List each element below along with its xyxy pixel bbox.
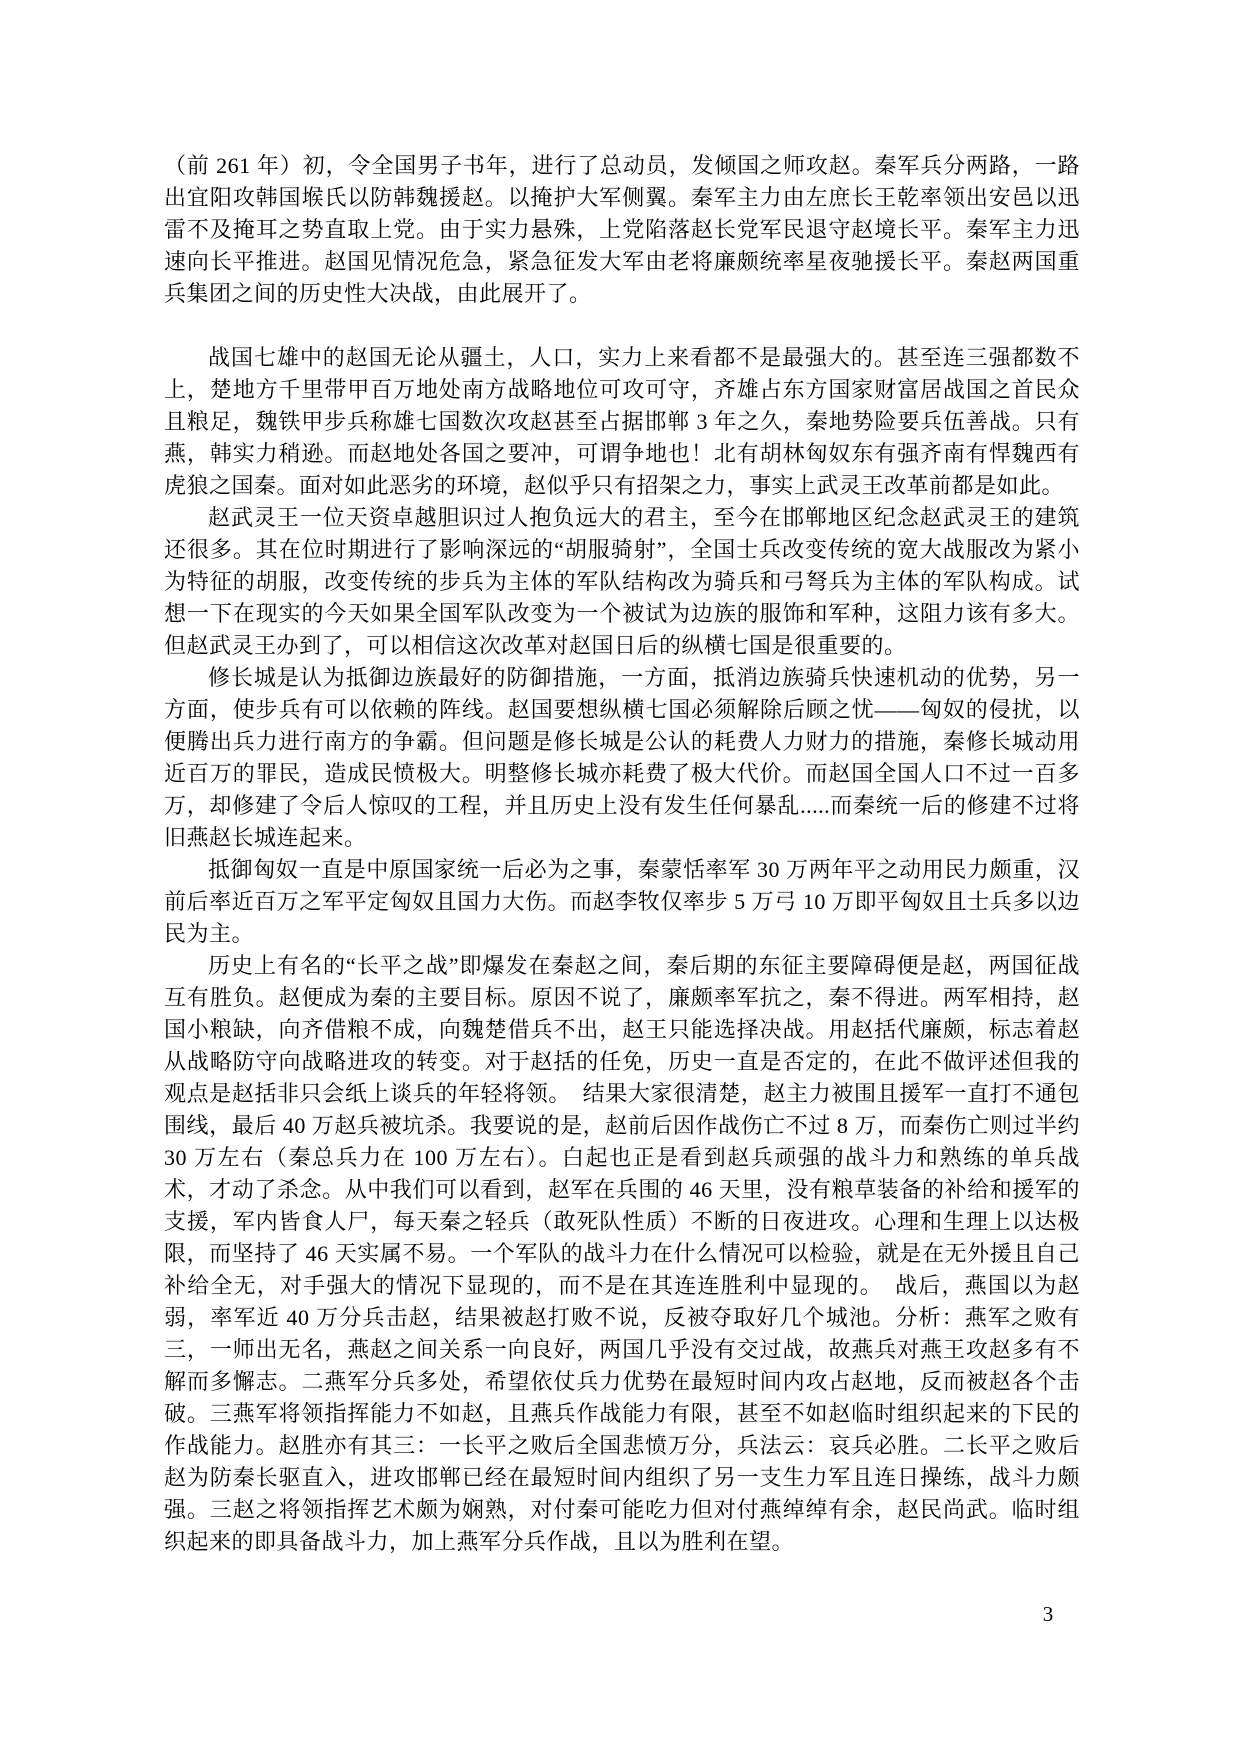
paragraph-changping-battle: 历史上有名的“长平之战”即爆发在秦赵之间，秦后期的东征主要障碍便是赵，两国征战互… (164, 950, 1080, 1558)
document-body: （前 261 年）初，令全国男子书年，进行了总动员，发倾国之师攻赵。秦军兵分两路… (164, 150, 1080, 1558)
paragraph-great-wall: 修长城是认为抵御边族最好的防御措施，一方面，抵消边族骑兵快速机动的优势，另一方面… (164, 662, 1080, 854)
page-number: 3 (1036, 1598, 1060, 1630)
paragraph-zhao-overview: 战国七雄中的赵国无论从疆土，人口，实力上来看都不是最强大的。甚至连三强都数不上，… (164, 342, 1080, 502)
paragraph-xiongnu-defense: 抵御匈奴一直是中原国家统一后必为之事，秦蒙恬率军 30 万两年平之动用民力颇重，… (164, 854, 1080, 950)
paragraph-continuation: （前 261 年）初，令全国男子书年，进行了总动员，发倾国之师攻赵。秦军兵分两路… (164, 150, 1080, 310)
paragraph-wuling-king: 赵武灵王一位天资卓越胆识过人抱负远大的君主，至今在邯郸地区纪念赵武灵王的建筑还很… (164, 502, 1080, 662)
document-page: （前 261 年）初，令全国男子书年，进行了总动员，发倾国之师攻赵。秦军兵分两路… (0, 0, 1241, 1754)
